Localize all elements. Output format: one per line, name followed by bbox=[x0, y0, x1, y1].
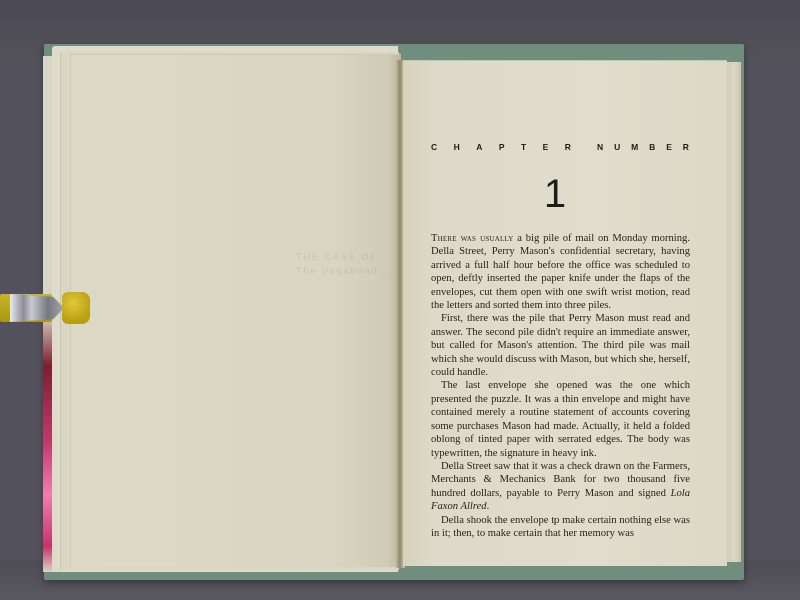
paragraph-4: Della Street saw that it was a check dra… bbox=[431, 460, 690, 514]
left-page-showthrough-text: THE CASE OF The Vagabond... bbox=[296, 250, 392, 278]
chapter-body-text: There was usually a big pile of mail on … bbox=[431, 232, 690, 540]
paragraph-2: First, there was the pile that Perry Mas… bbox=[431, 312, 690, 379]
paragraph-1: There was usually a big pile of mail on … bbox=[431, 232, 690, 312]
left-page bbox=[70, 54, 401, 567]
chapter-heading: C H A P T E R N U M B E R bbox=[431, 142, 689, 152]
binder-clip-head bbox=[62, 292, 90, 324]
page-number: I bbox=[550, 517, 560, 527]
paragraph-5: Della shook the envelope to make certain… bbox=[431, 514, 690, 541]
chapter-number: 1 bbox=[520, 172, 590, 216]
chapter-word: C H A P T E R bbox=[431, 142, 571, 152]
number-word: N U M B E R bbox=[597, 142, 689, 152]
right-fore-edge bbox=[727, 62, 742, 562]
opening-smallcaps: There was usually bbox=[431, 233, 513, 244]
paragraph-3: The last envelope she opened was the one… bbox=[431, 379, 690, 459]
